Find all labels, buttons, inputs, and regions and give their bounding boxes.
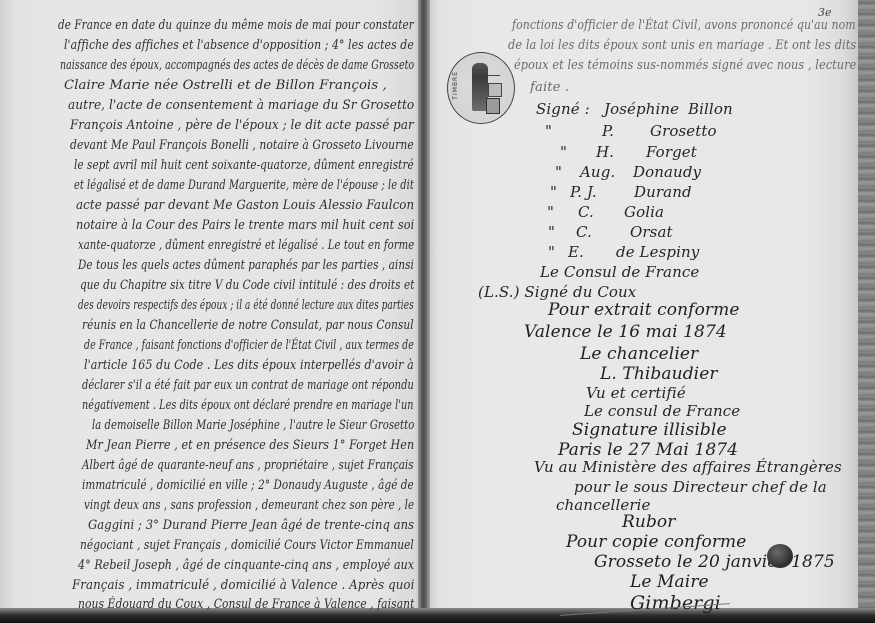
signature-initial: H. (596, 143, 614, 161)
signature-name: Orsat (630, 223, 673, 241)
text-line: déclarer s'il a été fait par eux un cont… (82, 378, 414, 393)
signature-initial: P. (602, 122, 614, 140)
signature-name: de Lespiny (616, 243, 699, 261)
certification-line: Le Maire (630, 572, 709, 592)
text-line: réunis en la Chancellerie de notre Consu… (82, 318, 414, 333)
text-line: et légalisé et de dame Durand Marguerite… (74, 178, 414, 193)
wax-seal (767, 544, 793, 568)
text-line: époux et les témoins sus-nommés signé av… (514, 58, 856, 73)
text-line: 4° Rebeil Joseph , âgé de cinquante-cinq… (78, 558, 414, 573)
text-line: devant Me Paul François Bonelli , notair… (70, 138, 414, 153)
tablet-icon (488, 83, 502, 97)
certification-line: Grosseto le 20 janvier 1875 (594, 552, 835, 572)
text-line: nous Édouard du Coux , Consul de France … (78, 597, 415, 612)
stamp-legend: TIMBRE (452, 71, 459, 100)
text-line: François Antoine , père de l'époux ; le … (70, 118, 414, 133)
text-line: immatriculé , domicilié en ville ; 2° Do… (82, 478, 414, 493)
text-line: l'affiche des affiches et l'absence d'op… (64, 38, 414, 53)
text-line: acte passé par devant Me Gaston Louis Al… (76, 198, 414, 213)
ditto-mark: " (560, 143, 567, 161)
certification-line: Vu au Ministère des affaires Étrangères (534, 458, 842, 476)
seal-line: (L.S.) Signé du Coux (478, 283, 636, 301)
text-line: faite . (530, 80, 569, 95)
signature-name: Golia (624, 203, 664, 221)
mayor-signature: Gimbergi (630, 592, 721, 614)
signature-initial: E. (568, 243, 584, 261)
signature-initial: P. J. (570, 183, 597, 201)
certification-line: Le consul de France (584, 402, 740, 420)
text-line: de France , faisant fonctions d'officier… (84, 338, 414, 353)
signature-initial: Joséphine (604, 100, 679, 118)
text-line: vingt deux ans , sans profession , demeu… (84, 498, 414, 513)
text-line: naissance des époux, accompagnés des act… (60, 58, 414, 73)
text-line: Albert âgé de quarante-neuf ans , propri… (82, 458, 414, 473)
signature-name: Forget (646, 143, 697, 161)
signature-name: Donaudy (633, 163, 701, 181)
ditto-mark: " (547, 203, 554, 221)
signature-name: Grosetto (650, 122, 717, 140)
text-line: xante-quatorze , dûment enregistré et lé… (78, 238, 414, 253)
book-gutter (418, 0, 430, 623)
signatures-label: Signé : (536, 100, 590, 118)
signature-initial: C. (576, 223, 592, 241)
ditto-mark: " (555, 163, 562, 181)
text-line: des devoirs respectifs des époux ; il a … (78, 298, 414, 313)
signature-initial: Aug. (580, 163, 615, 181)
text-line: que du Chapitre six titre V du Code civi… (80, 278, 414, 293)
certification-line: Vu et certifié (586, 384, 686, 402)
text-line: Gaggini ; 3° Durand Pierre Jean âgé de t… (88, 518, 414, 533)
text-line: Mr Jean Pierre , et en présence des Sieu… (86, 438, 414, 453)
text-line: négociant , sujet Français , domicilié C… (80, 538, 414, 553)
text-line: de la loi les dits époux sont unis en ma… (508, 38, 856, 53)
certification-line: Valence le 16 mai 1874 (524, 322, 727, 342)
text-line: négativement . Les dits époux ont déclar… (82, 398, 414, 413)
certification-line: Pour copie conforme (566, 532, 746, 552)
plinth-icon (486, 98, 500, 114)
certification-signature: Rubor (622, 512, 676, 532)
ditto-mark: " (548, 243, 555, 261)
text-line: autre, l'acte de consentement à mariage … (68, 98, 414, 113)
signature-name: Billon (688, 100, 733, 118)
text-line: De tous les quels actes dûment paraphés … (78, 258, 414, 273)
text-line: fonctions d'officier de l'État Civil, av… (512, 18, 856, 33)
consul-line: Le Consul de France (540, 263, 699, 281)
certification-line: pour le sous Directeur chef de la (574, 478, 827, 496)
text-line: Français , immatriculé , domicilié à Val… (72, 578, 414, 593)
certification-line: Le chancelier (580, 344, 698, 364)
ditto-mark: " (545, 122, 552, 140)
scales-icon (486, 67, 500, 76)
text-line: la demoiselle Billon Marie Joséphine , l… (92, 418, 414, 433)
signature-name: Durand (634, 183, 692, 201)
certification-line: Pour extrait conforme (548, 300, 740, 320)
text-line: de France en date du quinze du même mois… (58, 18, 414, 33)
page-edge-stack (858, 0, 875, 623)
certification-line: Paris le 27 Mai 1874 (558, 440, 738, 460)
official-seal-stamp: TIMBRE (447, 52, 515, 124)
certification-line: L. Thibaudier (600, 364, 718, 384)
text-line: le sept avril mil huit cent soixante-qua… (74, 158, 414, 173)
text-line: l'article 165 du Code . Les dits époux i… (84, 358, 414, 373)
ditto-mark: " (548, 223, 555, 241)
ditto-mark: " (550, 183, 557, 201)
signature-initial: C. (578, 203, 594, 221)
text-line: notaire à la Cour des Pairs le trente ma… (76, 218, 414, 233)
scanned-register-spread: de France en date du quinze du même mois… (0, 0, 875, 623)
text-line: Claire Marie née Ostrelli et de Billon F… (64, 78, 387, 93)
certification-line: Signature illisible (572, 420, 727, 440)
